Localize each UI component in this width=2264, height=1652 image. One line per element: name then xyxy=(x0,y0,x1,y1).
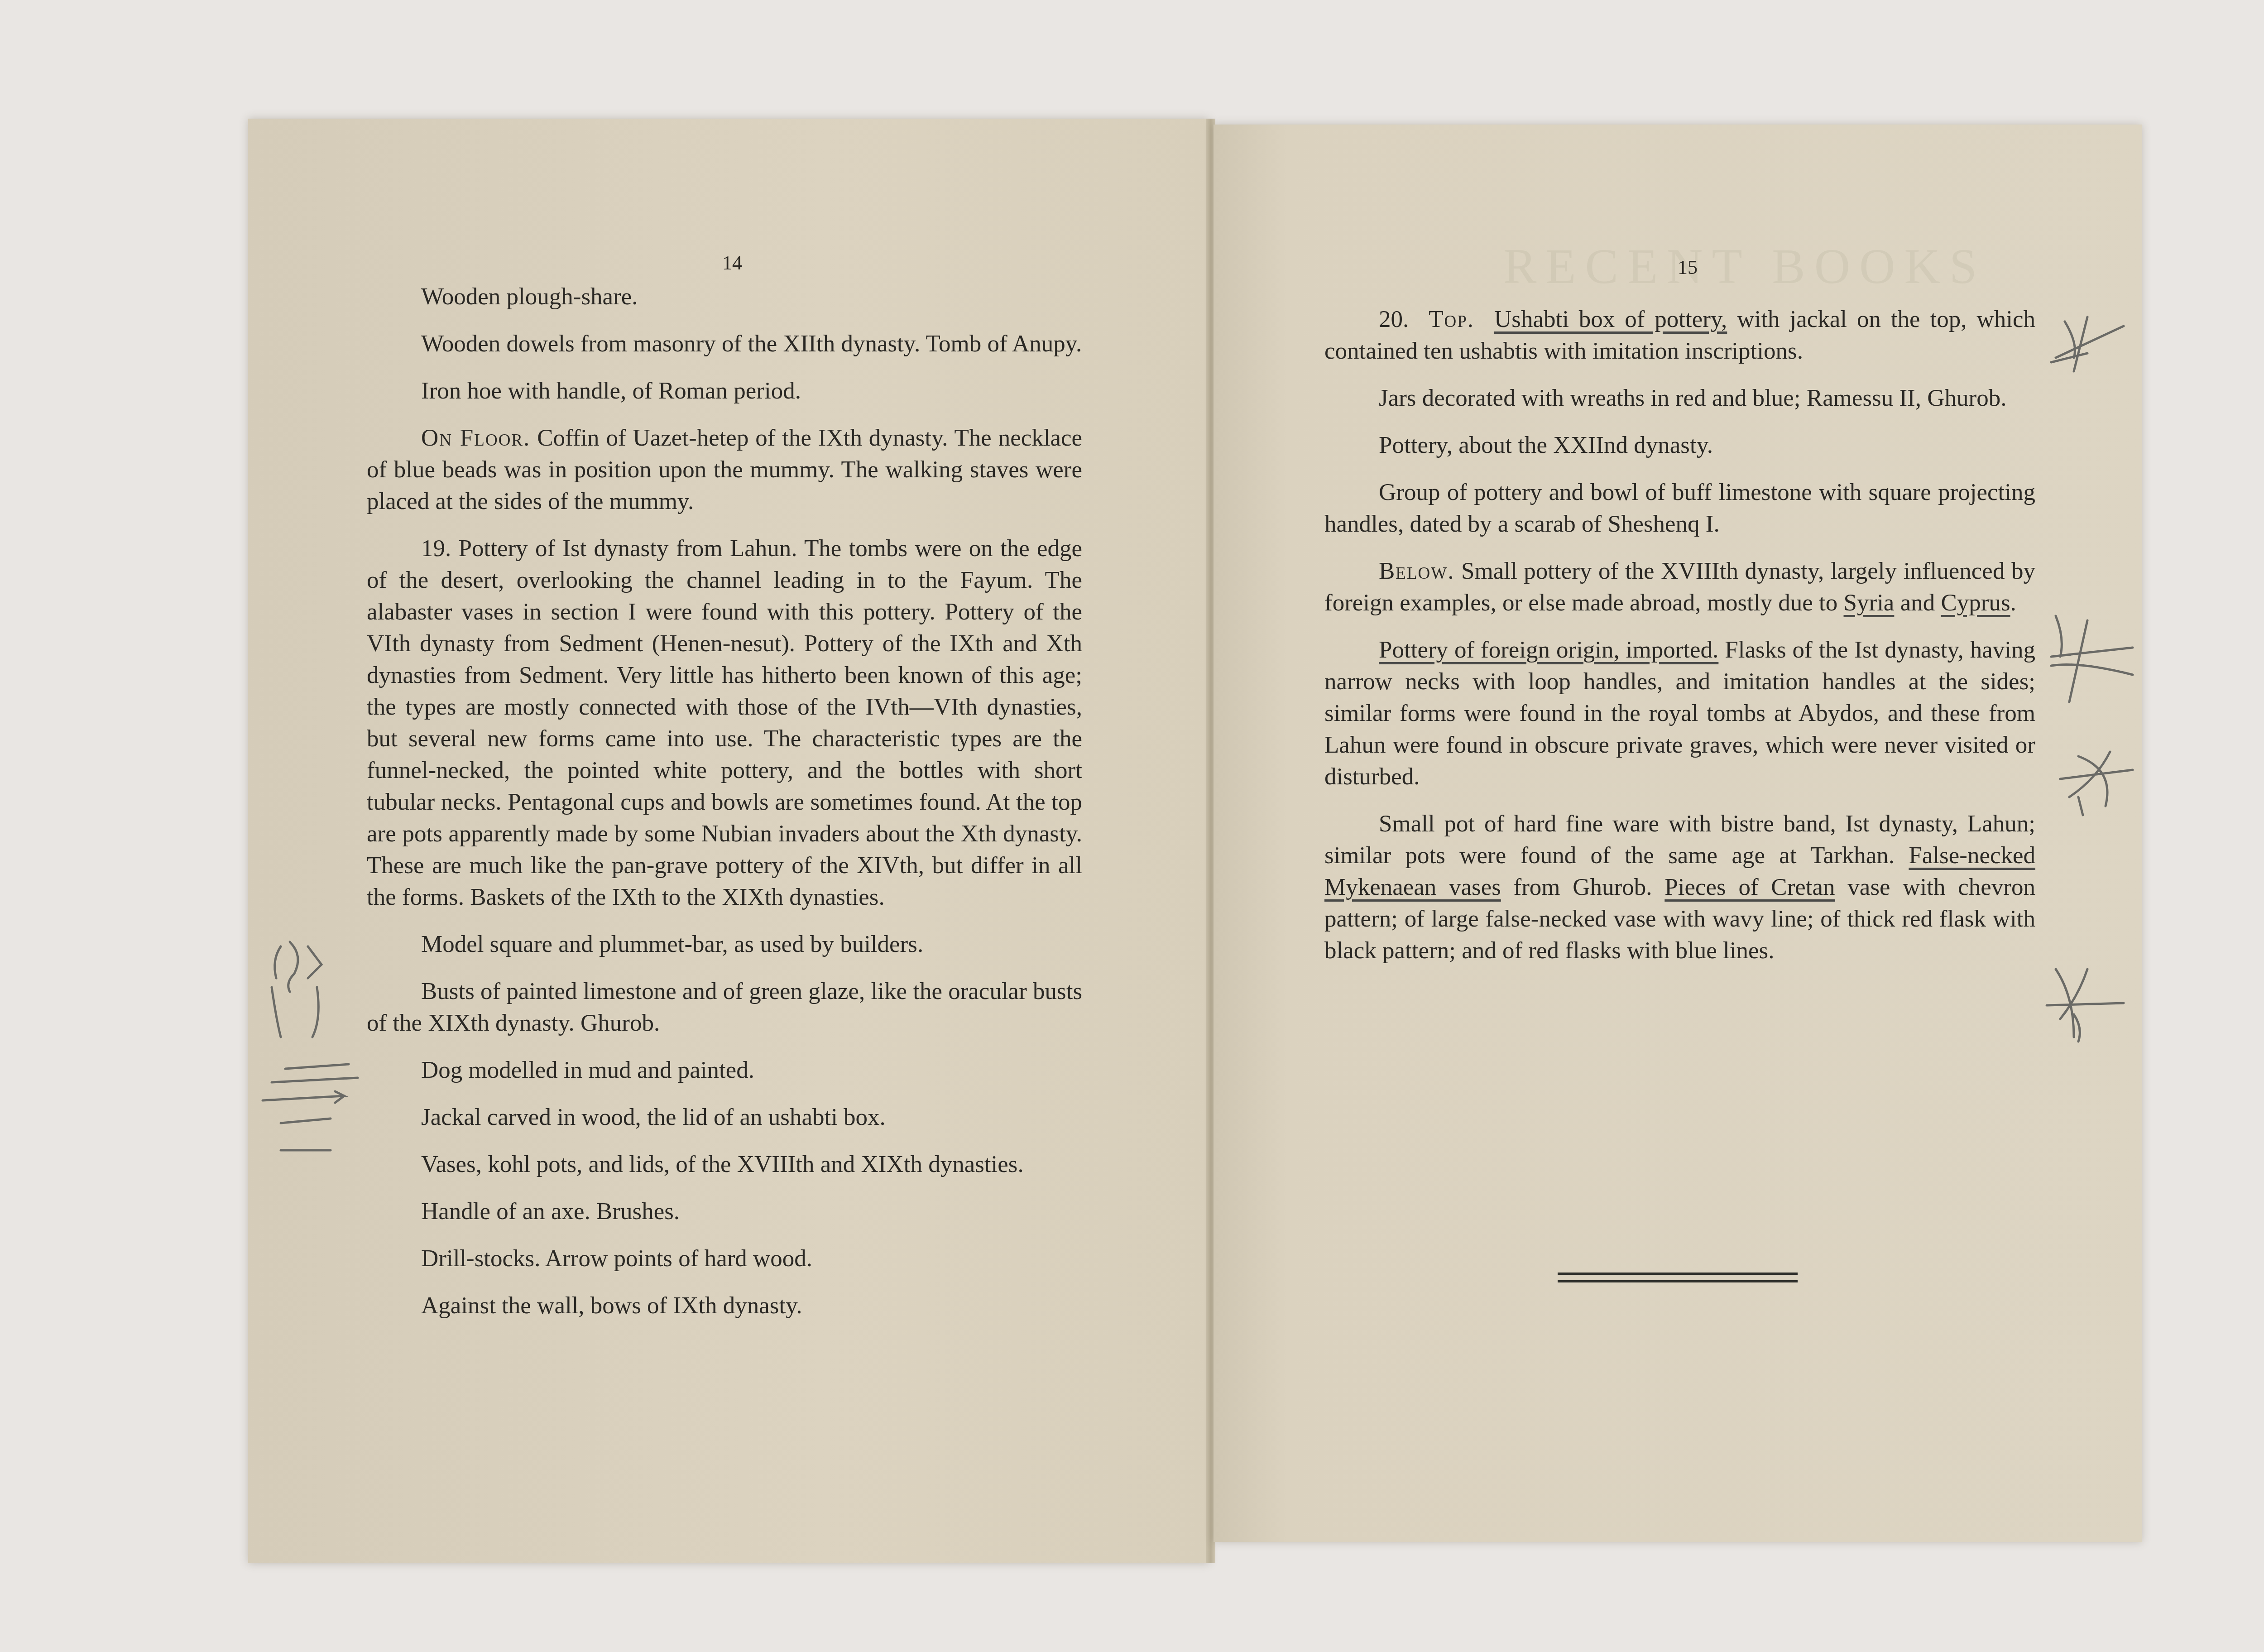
pencil-underline: Ushabti box of pottery, xyxy=(1494,306,1727,332)
paragraph: 20. Top. Ushabti box of pottery, with ja… xyxy=(1324,303,2035,367)
paragraph: Below. Small pottery of the XVIIIth dyna… xyxy=(1324,555,2035,619)
paragraph: Against the wall, bows of IXth dynasty. xyxy=(367,1290,1082,1321)
paragraph: Jars decorated with wreaths in red and b… xyxy=(1324,382,2035,414)
pencil-asterisk-icon xyxy=(2042,611,2142,711)
section-lead: Below. xyxy=(1379,558,1454,584)
left-page-text: Wooden plough-share. Wooden dowels from … xyxy=(367,281,1082,1337)
section-lead: Top. xyxy=(1429,306,1474,332)
double-rule-divider xyxy=(1558,1273,1798,1282)
section-number: 19. xyxy=(421,535,451,562)
pencil-asterisk-icon xyxy=(2051,743,2142,833)
paragraph: On Floor. Coffin of Uazet-hetep of the I… xyxy=(367,422,1082,517)
paragraph: Busts of painted limestone and of green … xyxy=(367,975,1082,1039)
section-lead: On Floor. xyxy=(421,425,530,451)
paragraph: Vases, kohl pots, and lids, of the XVIII… xyxy=(367,1148,1082,1180)
paragraph: Iron hoe with handle, of Roman period. xyxy=(367,375,1082,407)
paragraph: Jackal carved in wood, the lid of an ush… xyxy=(367,1101,1082,1133)
pencil-underline: Pieces of Cretan xyxy=(1664,874,1835,900)
paragraph: Model square and plummet-bar, as used by… xyxy=(367,928,1082,960)
pencil-pot-sketch-icon xyxy=(254,928,389,1155)
paragraph: Dog modelled in mud and painted. xyxy=(367,1054,1082,1086)
page-number-right: 15 xyxy=(1678,256,1698,279)
page-number-left: 14 xyxy=(722,251,742,274)
paragraph: Wooden plough-share. xyxy=(367,281,1082,312)
paragraph: Wooden dowels from masonry of the XIIth … xyxy=(367,328,1082,360)
paragraph: Pottery, about the XXIInd dynasty. xyxy=(1324,429,2035,461)
section-number: 20. xyxy=(1379,306,1409,332)
bleed-through-text: RECENT BOOKS xyxy=(1503,238,1986,295)
pencil-underline: Pottery of foreign origin, imported. xyxy=(1379,637,1718,663)
paragraph: Pottery of foreign origin, imported. Fla… xyxy=(1324,634,2035,792)
pencil-underline: Syria xyxy=(1844,590,1895,616)
pencil-underline: Cyprus xyxy=(1941,590,2010,616)
paragraph: Small pot of hard fine ware with bistre … xyxy=(1324,808,2035,966)
paragraph: Group of pottery and bowl of buff limest… xyxy=(1324,476,2035,540)
pencil-asterisk-icon xyxy=(2047,308,2137,380)
paragraph: 19. Pottery of Ist dynasty from Lahun. T… xyxy=(367,533,1082,913)
right-page-text: 20. Top. Ushabti box of pottery, with ja… xyxy=(1324,303,2035,982)
paragraph: Handle of an axe. Brushes. xyxy=(367,1196,1082,1227)
pencil-asterisk-icon xyxy=(2038,960,2137,1051)
paragraph: Drill-stocks. Arrow points of hard wood. xyxy=(367,1243,1082,1274)
